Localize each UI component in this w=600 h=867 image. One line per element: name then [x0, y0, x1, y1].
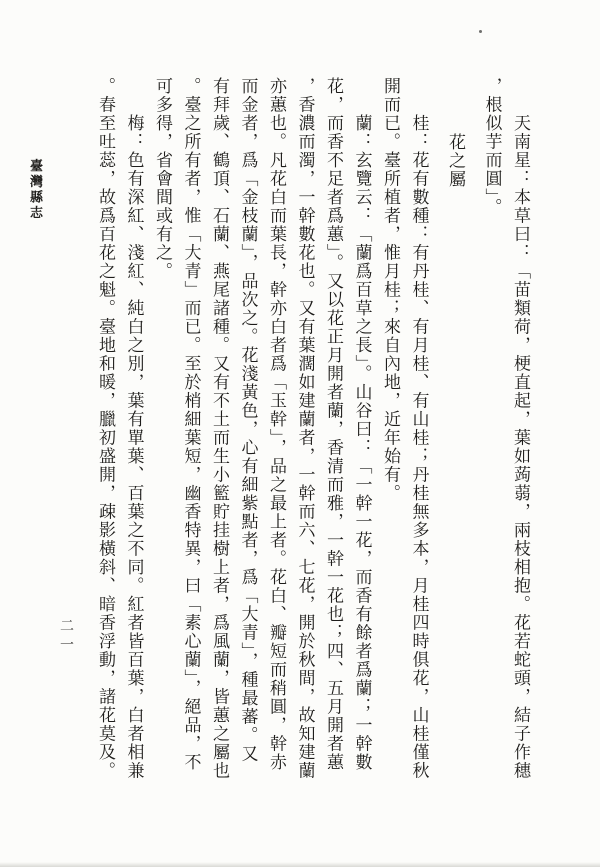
text-column: 花，而香不足者爲蕙」。又以花正月開者蘭，香清而雅，一幹一花也；四、五月開者蕙 [319, 77, 348, 795]
page-number: 二一 [55, 618, 75, 656]
column-lan-entry: 蘭：玄覽云：「蘭爲百草之長」。山谷曰：「一幹一花，而香有餘者爲蘭；一幹數 [347, 77, 376, 795]
main-text-block: 天南星：本草曰：「苗類荷，梗直起，葉如蒟蒻，兩枝相抱。花若蛇頭，結子作穗 ，根似… [91, 77, 535, 795]
text-column: 而金者，爲「金枝蘭」，品次之。花淺黃色，心有細紫點者，爲「大青」，種最蕃。又 [233, 77, 262, 795]
text-column: 。臺之所有者，惟「大青」而已。至於梢細葉短，幽香特異，曰「素心蘭」，絕品，不 [176, 77, 205, 795]
scanned-book-page: 天南星：本草曰：「苗類荷，梗直起，葉如蒟蒻，兩枝相抱。花若蛇頭，結子作穗 ，根似… [0, 0, 600, 867]
text-column: 。春至吐蕊，故爲百花之魁。臺地和暖，臘初盛開，疎影橫斜、暗香浮動，諸花莫及。 [91, 77, 120, 795]
column-tiannanxing-entry: 天南星：本草曰：「苗類荷，梗直起，葉如蒟蒻，兩枝相抱。花若蛇頭，結子作穗 [506, 77, 535, 795]
text-column: 亦蕙也。凡花白而葉長，幹亦白者爲「玉幹」，品之最上者。花白、瓣短而稍圓，幹赤 [262, 77, 291, 795]
book-margin-title: 臺灣縣志 [26, 159, 45, 221]
text-column: 可多得，省會間或有之。 [148, 77, 177, 795]
text-column: ，香濃而濁，一幹數花也。又有葉濶如建蘭者，一幹而六、七花，開於秋間，故知建蘭 [290, 77, 319, 795]
text-column: 開而已。臺所植者，惟月桂；來自內地，近年始有。 [376, 77, 405, 795]
text-column: ，根似芋而圓」。 [477, 77, 506, 795]
text-column: 有拜歲、鶴頂、石蘭、燕尾諸種。又有不土而生小籃貯挂樹上者，爲風蘭，皆蕙之屬也 [205, 77, 234, 795]
column-gui-entry: 桂：花有數種：有丹桂、有月桂、有山桂；丹桂無多本，月桂四時俱花，山桂僅秋 [404, 77, 433, 795]
section-heading-hua-zhi-shu: 花之屬 [441, 77, 470, 795]
scan-bottom-edge [0, 862, 600, 867]
column-mei-entry: 梅：色有深紅、淺紅、純白之別，葉有單葉、百葉之不同。紅者皆百葉，白者相兼 [119, 77, 148, 795]
scan-speck [479, 30, 482, 33]
